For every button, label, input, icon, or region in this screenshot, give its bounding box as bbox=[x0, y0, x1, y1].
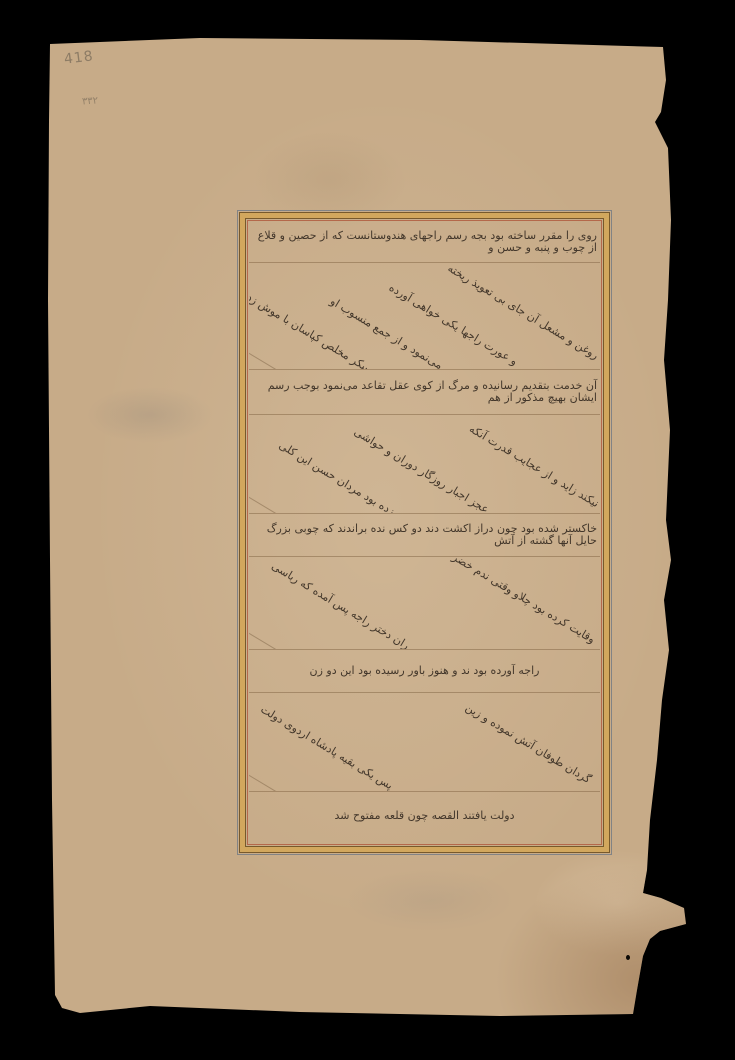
pencil-folio-number: 418 bbox=[63, 48, 94, 68]
paper-folio: 418 ۳۳۲ روی را مقرر ساخته بود بجه رسم را… bbox=[0, 0, 735, 1060]
corner-rule bbox=[249, 622, 326, 649]
ruled-text-frame: روی را مقرر ساخته بود بجه رسم راجهای هند… bbox=[237, 210, 612, 855]
diagonal-line: ران دختر راجه پس آمده که رباسی bbox=[269, 560, 410, 649]
corner-rule bbox=[500, 557, 600, 564]
diagonal-block-1: روغن و مشعل آن جای بی تعویذ ریخته و عورت… bbox=[249, 263, 600, 369]
corner-rule bbox=[249, 486, 326, 513]
text-panel: روی را مقرر ساخته بود بجه رسم راجهای هند… bbox=[249, 222, 600, 843]
text-line-1: روی را مقرر ساخته بود بجه رسم راجهای هند… bbox=[249, 222, 600, 262]
corner-rule bbox=[500, 415, 600, 422]
diagonal-block-4: گردان طوفان آتش نموده و زین پس یکی بقیه … bbox=[249, 693, 600, 791]
corner-rule bbox=[249, 342, 326, 369]
corner-rule bbox=[500, 263, 600, 270]
pencil-collection-mark: ۳۳۲ bbox=[82, 95, 99, 107]
diagonal-block-2: نیکند زاید و از عجایب قدرت آنکه عجز اجبا… bbox=[249, 415, 600, 513]
diagonal-line: نیکند زاید و از عجایب قدرت آنکه bbox=[467, 423, 600, 509]
diagonal-line: وقایت کرده بود چلاو وقتی ندم خضر bbox=[450, 557, 596, 645]
text-line-4: راجه آورده بود ند و هنوز باور رسیده بود … bbox=[249, 650, 600, 692]
corner-rule bbox=[500, 693, 600, 700]
diagonal-line: روغن و مشعل آن جای بی تعویذ ریخته bbox=[446, 263, 600, 361]
text-line-3: خاکستر شده بود چون دراز اکشت دند دو کس ن… bbox=[249, 514, 600, 556]
wormhole bbox=[626, 955, 630, 960]
diagonal-line: بیکر مخلص کپاسان با موش زده bbox=[249, 289, 371, 369]
manuscript-photo: 418 ۳۳۲ روی را مقرر ساخته بود بجه رسم را… bbox=[0, 0, 735, 1060]
diagonal-line: پس یکی بقیه پادشاه اردوی دولت bbox=[259, 704, 395, 791]
diagonal-block-3: وقایت کرده بود چلاو وقتی ندم خضر ران دخت… bbox=[249, 557, 600, 649]
corner-rule bbox=[249, 764, 326, 791]
text-line-2: آن خدمت بتقدیم رسانیده و مرگ از کوی عقل … bbox=[249, 370, 600, 414]
diagonal-line: گردان طوفان آتش نموده و زین bbox=[464, 702, 593, 786]
text-line-5: دولت یافتند القصه چون قلعه مفتوح شد bbox=[249, 792, 600, 841]
